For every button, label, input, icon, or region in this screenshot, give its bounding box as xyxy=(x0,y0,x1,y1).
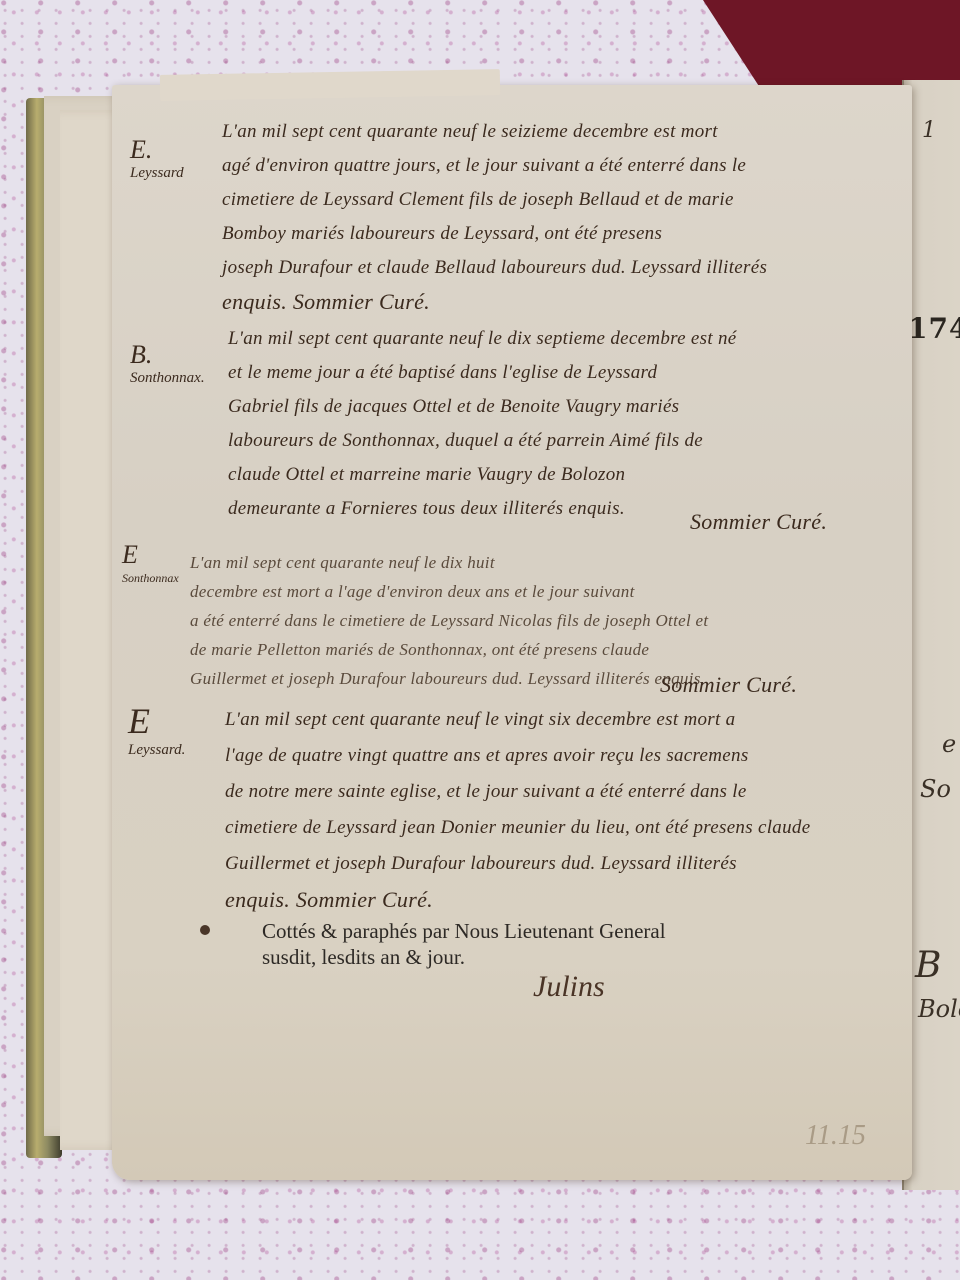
entry-line: laboureurs de Sonthonnax, duquel a été p… xyxy=(228,424,737,458)
pencil-mark: 11.15 xyxy=(805,1120,866,1152)
entry-line: de marie Pelletton mariés de Sonthonnax,… xyxy=(190,635,708,664)
entry-line: l'age de quatre vingt quattre ans et apr… xyxy=(225,738,810,774)
entry-line: et le meme jour a été baptisé dans l'egl… xyxy=(228,356,737,390)
entry-line: a été enterré dans le cimetiere de Leyss… xyxy=(190,606,708,635)
entry-line: Guillermet et joseph Durafour laboureurs… xyxy=(190,664,708,693)
entry-line: decembre est mort a l'age d'environ deux… xyxy=(190,577,708,606)
entry-2-margin: B. Sonthonnax. xyxy=(130,340,205,387)
folio-number: 174 xyxy=(908,312,960,345)
entry-place: Leyssard xyxy=(130,165,184,181)
facing-page-fragment: e xyxy=(942,730,956,758)
entry-3-margin: E Sonthonnax xyxy=(122,540,179,587)
entry-line: joseph Durafour et claude Bellaud labour… xyxy=(222,251,767,285)
entry-2-signature: Sommier Curé. xyxy=(690,505,827,539)
entry-line: L'an mil sept cent quarante neuf le dix … xyxy=(228,322,737,356)
entry-line: claude Ottel et marreine marie Vaugry de… xyxy=(228,458,737,492)
certification-line: susdit, lesdits an & jour. xyxy=(262,944,666,970)
entry-2-text: L'an mil sept cent quarante neuf le dix … xyxy=(228,322,737,526)
entry-line: agé d'environ quattre jours, et le jour … xyxy=(222,149,767,183)
entry-line: de notre mere sainte eglise, et le jour … xyxy=(225,774,810,810)
facing-page-fragment: So xyxy=(920,775,951,803)
entry-line: L'an mil sept cent quarante neuf le ving… xyxy=(225,702,810,738)
entry-3-text: L'an mil sept cent quarante neuf le dix … xyxy=(190,548,708,693)
entry-type-letter: E xyxy=(128,700,185,742)
entry-line: Guillermet et joseph Durafour laboureurs… xyxy=(225,846,810,882)
entry-line: cimetiere de Leyssard Clement fils de jo… xyxy=(222,183,767,217)
entry-line: L'an mil sept cent quarante neuf le seiz… xyxy=(222,115,767,149)
entry-place: Sonthonnax. xyxy=(130,370,205,386)
entry-line: cimetiere de Leyssard jean Donier meunie… xyxy=(225,810,810,846)
lieutenant-signature: Julins xyxy=(533,970,605,1004)
entry-3-signature: Sommier Curé. xyxy=(660,668,797,702)
entry-line: demeurante a Fornieres tous deux illiter… xyxy=(228,492,737,526)
entry-1-text: L'an mil sept cent quarante neuf le seiz… xyxy=(222,115,767,319)
entry-4-text: L'an mil sept cent quarante neuf le ving… xyxy=(225,702,810,918)
facing-page-fragment: 1 xyxy=(922,118,936,143)
entry-line: L'an mil sept cent quarante neuf le dix … xyxy=(190,548,708,577)
entry-signature-line: enquis. Sommier Curé. xyxy=(225,882,810,918)
ink-blot xyxy=(200,925,210,935)
certification-line: Cottés & paraphés par Nous Lieutenant Ge… xyxy=(262,918,666,944)
entry-signature-line: enquis. Sommier Curé. xyxy=(222,285,767,319)
entry-1-margin: E. Leyssard xyxy=(130,135,184,182)
printed-certification: Cottés & paraphés par Nous Lieutenant Ge… xyxy=(262,918,666,970)
entry-type-letter: B. xyxy=(130,340,205,370)
entry-place: Leyssard. xyxy=(128,742,185,758)
entry-place: Sonthonnax xyxy=(122,571,179,585)
entry-type-letter: E xyxy=(122,540,179,570)
entry-4-margin: E Leyssard. xyxy=(128,700,185,759)
facing-page-fragment: B xyxy=(915,945,941,986)
entry-type-letter: E. xyxy=(130,135,184,165)
entry-line: Gabriel fils de jacques Ottel et de Beno… xyxy=(228,390,737,424)
facing-page-fragment: Bolo xyxy=(918,995,960,1023)
entry-line: Bomboy mariés laboureurs de Leyssard, on… xyxy=(222,217,767,251)
